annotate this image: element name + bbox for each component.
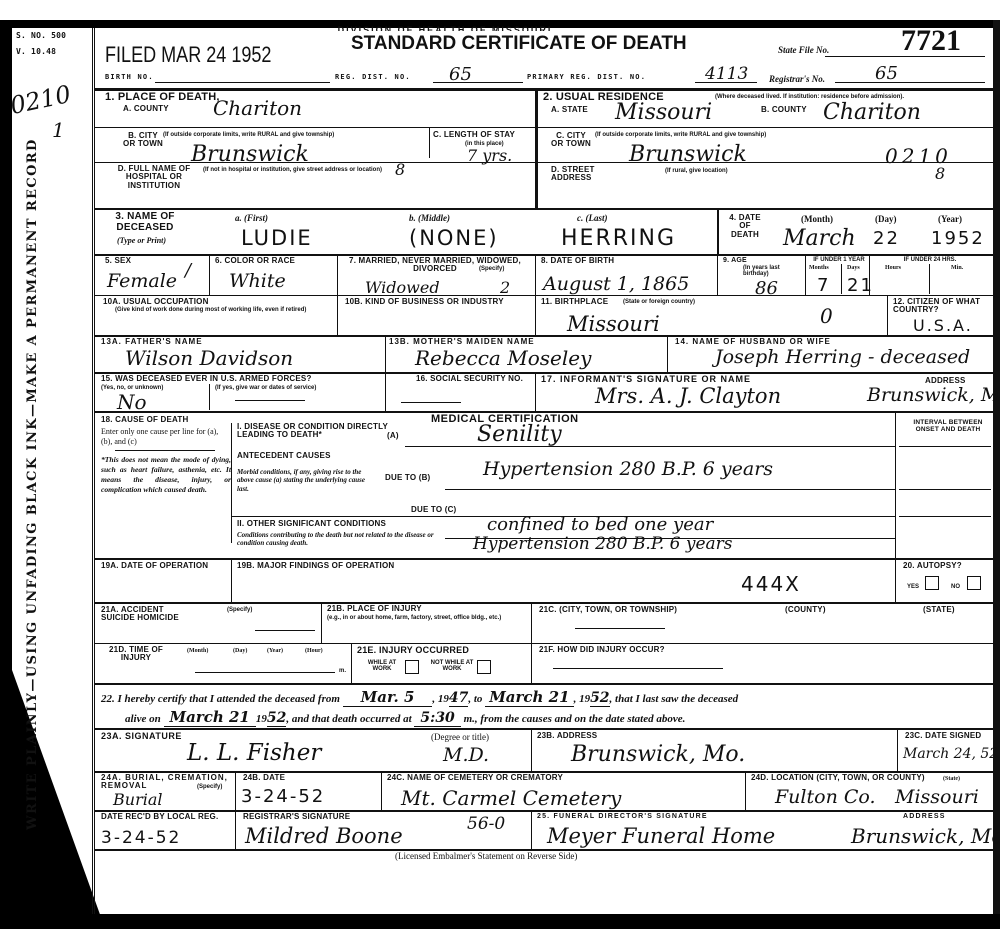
date-signed-label: 23c. DATE SIGNED (905, 732, 981, 740)
state-file-number[interactable]: 7721 (901, 24, 961, 58)
dod-year[interactable]: 1952 (931, 228, 985, 249)
while-at-work-label: WHILE AT WORK (359, 660, 405, 673)
injury-day-label: (Day) (233, 648, 247, 654)
injury-year-label: (Year) (267, 648, 283, 654)
ink-instruction-vertical: WRITE PLAINLY—USING UNFADING BLACK INK—M… (25, 140, 40, 830)
reg-dist-label: REG. DIST. NO. (335, 74, 411, 81)
spouse-name[interactable]: Joseph Herring - deceased (715, 346, 970, 368)
burial-type-note: (Specify) (197, 784, 222, 790)
res-city-note: (If outside corporate limits, write RURA… (595, 132, 895, 138)
pod-county-label: a. COUNTY (123, 105, 169, 113)
margin-handwritten-mark: 1 (52, 118, 65, 142)
due-to-b-label: DUE TO (b) (385, 474, 430, 482)
middle-name[interactable]: (NONE) (409, 226, 499, 250)
attended-from-year[interactable]: 47 (449, 690, 468, 707)
hours-label: Hours (885, 265, 901, 271)
document-frame-bottom (0, 914, 1000, 929)
cause-a-label: I. DISEASE OR CONDITION DIRECTLY LEADING… (237, 423, 407, 440)
marital-note: (Specify) (479, 266, 504, 272)
first-name-label: a. (First) (235, 213, 268, 223)
birthplace-note: (State or foreign country) (623, 299, 695, 305)
pod-city-label: b. CITY OR TOWN (123, 132, 163, 149)
attended-to-date[interactable]: March 21 (485, 688, 573, 707)
citizenship[interactable]: U.S.A. (913, 316, 973, 335)
date-received[interactable]: 3-24-52 (101, 828, 181, 848)
while-at-work-checkbox[interactable] (405, 660, 419, 674)
death-certificate-form: DIVISION OF HEALTH OF MISSOURI FILED MAR… (92, 28, 992, 914)
physician-address[interactable]: Brunswick, Mo. (571, 742, 745, 767)
autopsy-no-label: NO (951, 584, 960, 590)
state-file-label: State File No. (778, 45, 829, 55)
filed-stamp: FILED MAR 24 1952 (105, 42, 271, 68)
antecedent-label: ANTECEDENT CAUSES (237, 452, 331, 460)
race-label: 6. COLOR OR RACE (215, 257, 295, 265)
burial-date[interactable]: 3-24-52 (241, 786, 325, 807)
autopsy-no-checkbox[interactable] (967, 576, 981, 590)
physician-degree[interactable]: M.D. (443, 744, 489, 766)
form-revision: v. 10.48 (16, 48, 56, 56)
sex-label: 5. SEX (105, 257, 131, 265)
citizenship-label: 12. CITIZEN OF WHAT COUNTRY? (893, 298, 993, 315)
name-label-note: (Type or Print) (117, 236, 166, 245)
sex[interactable]: Female (107, 270, 177, 292)
dod-label: 4. DATE OF DEATH (725, 214, 765, 239)
pod-hospital-label: d. FULL NAME OF HOSPITAL OR INSTITUTION (109, 165, 199, 190)
degree-label: (Degree or title) (431, 732, 489, 742)
father-name[interactable]: Wilson Davidson (125, 346, 293, 370)
dob-label: 8. DATE OF BIRTH (541, 257, 614, 265)
dod-day-label: (Day) (875, 214, 897, 224)
attended-from-date[interactable]: Mar. 5 (343, 688, 433, 707)
pod-hospital-note: (If not in hospital or institution, give… (203, 167, 533, 173)
first-name[interactable]: LUDIE (241, 226, 313, 250)
industry-label: 10b. KIND OF BUSINESS OR INDUSTRY (345, 298, 531, 306)
interval-label: INTERVAL BETWEEN ONSET AND DEATH (903, 420, 993, 434)
burial-location-label: 24d. LOCATION (City, town, or county) (751, 774, 925, 782)
dod-year-label: (Year) (938, 214, 962, 224)
injury-place-note: (e.g., in or about home, farm, factory, … (327, 615, 527, 621)
cause-footnote: *This does not mean the mode of dying, s… (101, 455, 231, 494)
certification-text-2: alive on March 211952, and that death oc… (125, 708, 685, 726)
margin-handwritten-code: 0210 (8, 80, 74, 120)
certificate-title: STANDARD CERTIFICATE OF DEATH (351, 33, 687, 55)
injury-county-label: (COUNTY) (785, 606, 826, 614)
name-label: 3. NAME OF DECEASED (105, 212, 185, 233)
cemetery-label: 24c. NAME OF CEMETERY OR CREMATORY (387, 774, 563, 782)
certification-text-1: 22. I hereby certify that I attended the… (101, 688, 738, 706)
res-county-label: b. COUNTY (761, 106, 807, 114)
informant-name[interactable]: Mrs. A. J. Clayton (595, 384, 781, 408)
agency-line: DIVISION OF HEALTH OF MISSOURI (245, 25, 645, 31)
res-city-label: c. CITY OR TOWN (551, 132, 591, 149)
injury-type-label: 21a. ACCIDENT SUICIDE HOMICIDE (101, 606, 181, 623)
injury-hour-label: (Hour) (305, 648, 323, 654)
primary-reg-no[interactable]: 4113 (705, 64, 748, 84)
autopsy-yes-checkbox[interactable] (925, 576, 939, 590)
injury-month-label: (Month) (187, 648, 208, 654)
other-condition-1[interactable]: confined to bed one year (487, 514, 713, 535)
due-to-c-label: DUE TO (c) (411, 506, 456, 514)
res-city[interactable]: Brunswick (629, 142, 747, 167)
informant-address[interactable]: Brunswick, Mo. (867, 384, 1000, 406)
pod-city-note: (If outside corporate limits, write RURA… (163, 132, 363, 138)
other-conditions-label: II. OTHER SIGNIFICANT CONDITIONS (237, 520, 386, 528)
other-conditions-note: Conditions contributing to the death but… (237, 531, 457, 548)
margin-strip: S. No. 500 v. 10.48 0210 1 (12, 28, 90, 914)
mother-name[interactable]: Rebecca Moseley (415, 346, 591, 370)
middle-name-label: b. (Middle) (409, 213, 450, 223)
ssn-label: 16. SOCIAL SECURITY NO. (391, 375, 523, 383)
injury-place-label: 21b. PLACE OF INJURY (327, 605, 422, 613)
occupation-note: (Give kind of work done during most of w… (115, 307, 333, 313)
last-seen-alive-date[interactable]: March 21 (164, 708, 256, 727)
last-name-label: c. (Last) (577, 213, 608, 223)
date-received-label: DATE REC'D BY LOCAL REG. (101, 813, 231, 821)
res-street-mark: 8 (935, 164, 945, 183)
res-street-label: d. STREET ADDRESS (551, 166, 611, 183)
injury-how-label: 21f. HOW DID INJURY OCCUR? (539, 646, 665, 654)
dod-month-label: (Month) (801, 214, 833, 224)
injury-m-label: m. (339, 668, 346, 674)
operation-date-label: 19a. DATE OF OPERATION (101, 562, 219, 570)
days-label: Days (847, 265, 860, 271)
armed-war-note: (If yes, give war or dates of service) (215, 385, 316, 391)
age-note: (In years last birthday) (743, 265, 803, 278)
burial-state-label: (State) (943, 776, 960, 782)
pod-hospital-mark: 8 (395, 160, 405, 179)
injury-occurred-label: 21e. INJURY OCCURRED (357, 646, 469, 655)
document-frame-right (993, 20, 1000, 929)
registrar-no-label: Registrar's No. (769, 74, 825, 84)
registrar-code: 56-0 (467, 814, 505, 834)
signature-label: 23a. SIGNATURE (101, 732, 182, 741)
document-frame-left (0, 20, 12, 929)
autopsy-yes-label: YES (907, 584, 919, 590)
birthplace-label: 11. BIRTHPLACE (541, 298, 608, 306)
funeral-address-label: ADDRESS (903, 813, 946, 820)
place-of-death-heading: 1. PLACE OF DEATH, (105, 92, 220, 104)
embalmer-footer: (Licensed Embalmer's Statement on Revers… (395, 851, 577, 861)
res-state[interactable]: Missouri (615, 100, 712, 125)
primary-reg-label: PRIMARY REG. DIST. NO. (527, 74, 646, 81)
form-number: S. No. 500 (16, 32, 66, 40)
pod-city[interactable]: Brunswick (191, 142, 309, 167)
burial-date-label: 24b. DATE (243, 774, 285, 782)
funeral-director[interactable]: Meyer Funeral Home (547, 824, 775, 848)
res-county[interactable]: Chariton (823, 100, 921, 125)
injury-time-label: 21d. TIME OF INJURY (101, 646, 171, 663)
occupation-label: 10a. USUAL OCCUPATION (103, 298, 209, 306)
injury-type-note: (Specify) (227, 607, 252, 613)
funeral-address[interactable]: Brunswick, Mo. (851, 824, 1000, 848)
dod-month[interactable]: March (783, 226, 856, 251)
birth-no-label: BIRTH NO. (105, 74, 154, 81)
registrar-no[interactable]: 65 (875, 63, 898, 84)
cause-a[interactable]: Senility (477, 422, 562, 447)
physician-address-label: 23b. ADDRESS (537, 732, 597, 740)
res-street-note: (If rural, give location) (665, 168, 728, 174)
burial-type[interactable]: Burial (113, 790, 162, 809)
cemetery-name[interactable]: Mt. Carmel Cemetery (401, 786, 621, 810)
attended-to-year[interactable]: 52 (590, 690, 609, 707)
cause-a-letter: (a) (387, 432, 399, 440)
sex-mark: / (185, 260, 191, 281)
physician-signature[interactable]: L. L. Fisher (187, 740, 321, 766)
under-1day-label: IF UNDER 24 HRS. (875, 257, 985, 263)
pod-stay-label: c. LENGTH OF STAY (433, 131, 531, 139)
autopsy-label: 20. AUTOPSY? (903, 562, 962, 570)
date-signed[interactable]: March 24, 52 (903, 746, 998, 762)
res-state-label: a. STATE (551, 106, 588, 114)
birthplace[interactable]: Missouri (567, 312, 660, 336)
injury-state-label: (STATE) (923, 606, 955, 614)
not-while-at-work-checkbox[interactable] (477, 660, 491, 674)
burial-state[interactable]: Missouri (895, 786, 979, 808)
operation-findings-label: 19b. MAJOR FINDINGS OF OPERATION (237, 562, 394, 570)
not-while-at-work-label: NOT WHILE AT WORK (427, 660, 477, 673)
time-of-death[interactable]: 5:30 (414, 710, 460, 727)
registrar-signature-label: REGISTRAR'S SIGNATURE (243, 813, 350, 821)
funeral-director-label: 25. FUNERAL DIRECTOR'S SIGNATURE (537, 813, 708, 820)
months-label: Months (809, 265, 829, 271)
antecedent-note: Morbid conditions, if any, giving rise t… (237, 468, 367, 493)
age-label: 9. AGE (723, 257, 747, 264)
last-seen-alive-year[interactable]: 52 (267, 710, 286, 727)
date-of-birth[interactable]: August 1, 1865 (543, 273, 689, 295)
pod-county[interactable]: Chariton (213, 96, 302, 120)
cause-instruction: Enter only one cause per line for (a), (… (101, 427, 229, 447)
burial-location[interactable]: Fulton Co. (775, 786, 876, 808)
injury-location-label: 21c. (CITY, TOWN, OR TOWNSHIP) (539, 606, 677, 614)
cause-label: 18. CAUSE OF DEATH (101, 416, 188, 424)
race[interactable]: White (229, 270, 286, 292)
age-months[interactable]: 7 (817, 275, 830, 296)
cause-b[interactable]: Hypertension 280 B.P. 6 years (483, 458, 773, 480)
armed-forces-label: 15. WAS DECEASED EVER IN U.S. ARMED FORC… (101, 375, 312, 383)
under-1yr-label: IF UNDER 1 YEAR (809, 257, 869, 263)
dod-day[interactable]: 22 (873, 228, 900, 249)
other-condition-2[interactable]: Hypertension 280 B.P. 6 years (473, 534, 733, 554)
registrar-signature[interactable]: Mildred Boone (245, 824, 403, 848)
birthplace-mark: 0 (820, 304, 833, 328)
operation-code: 444X (741, 572, 801, 596)
last-name[interactable]: HERRING (561, 226, 676, 251)
minutes-label: Min. (951, 265, 963, 271)
